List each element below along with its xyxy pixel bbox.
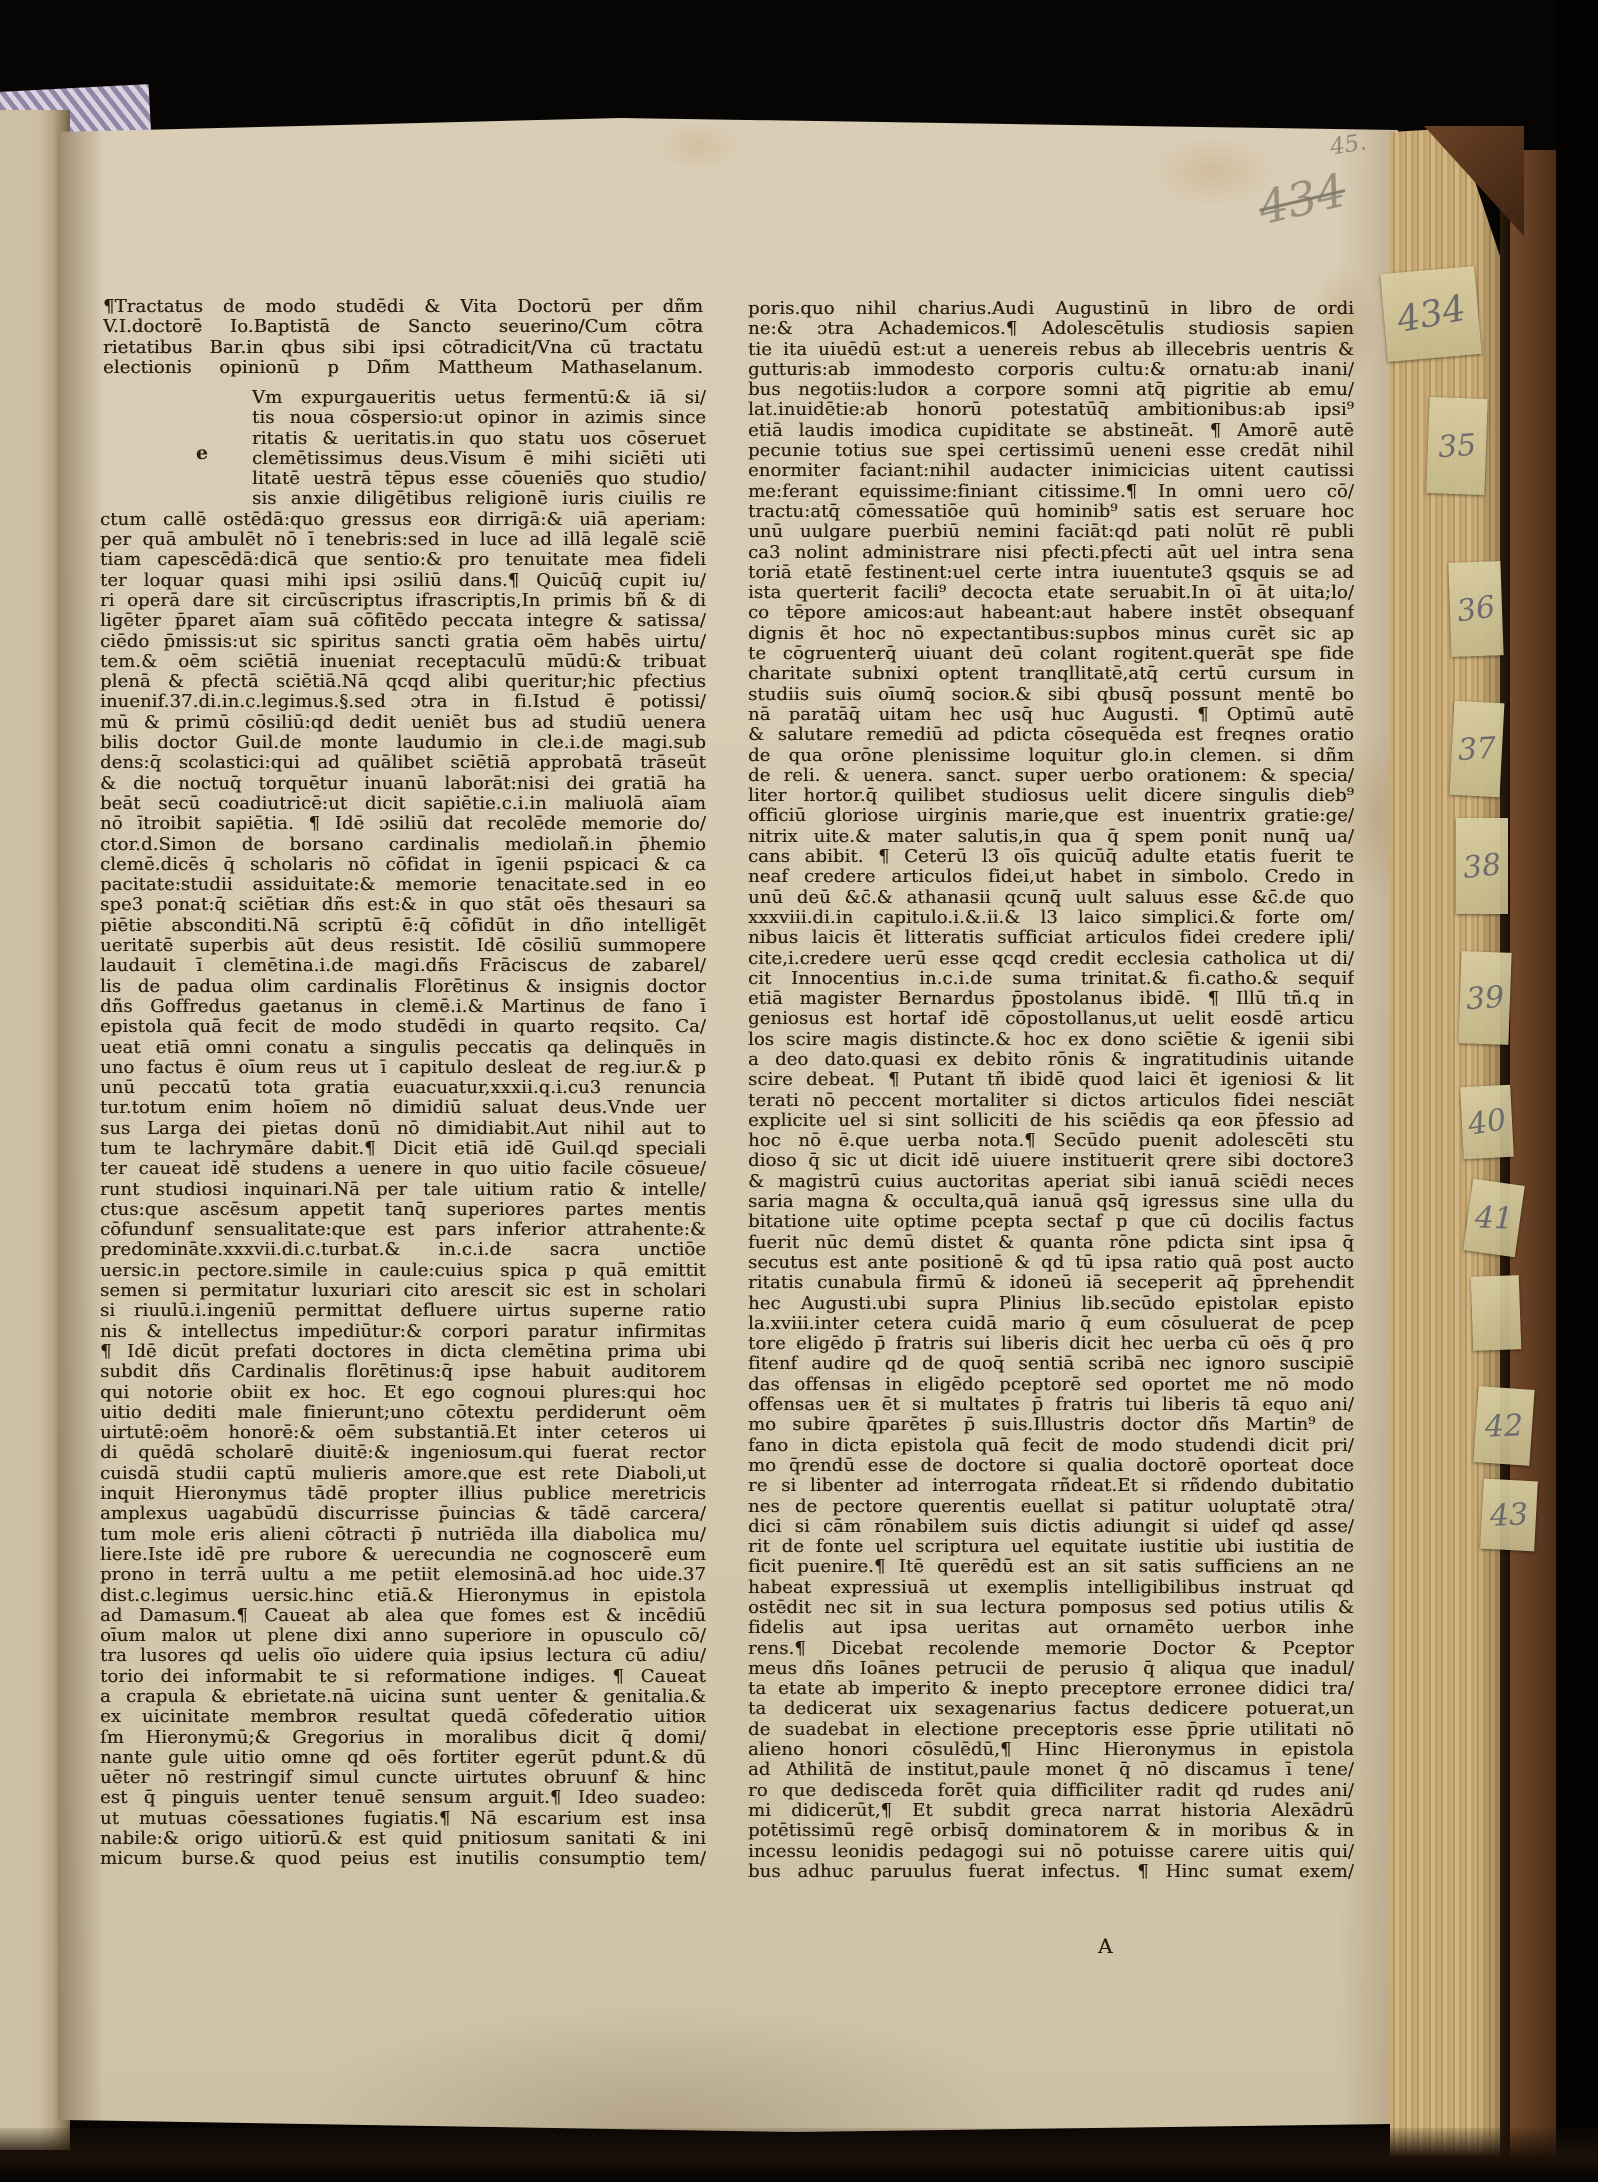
text-line: liere.Iste idē pre rubore & uerecundia n…: [100, 1545, 706, 1565]
page-tab: 36: [1448, 561, 1503, 657]
text-line: ad Damasum.¶ Caueat ab alea que fomes es…: [100, 1606, 706, 1626]
text-line: nes de pectore querentis euellat si pati…: [748, 1497, 1354, 1517]
text-line: xxxviii.di.in capitulo.i.&.ii.& l3 laico…: [748, 908, 1354, 928]
text-line: ctum callē ostēdā:quo gressus eoʀ dirrig…: [100, 510, 706, 530]
text-line: ro que dedisceda forēt quia difficiliter…: [748, 1781, 1354, 1801]
text-line: ter caueat idē studens a uenere in quo u…: [100, 1159, 706, 1179]
text-line: meus dñs Ioānes petrucii de perusio q̄ a…: [748, 1659, 1354, 1679]
text-line: ueat etiā omni conatu a singulis peccati…: [100, 1038, 706, 1058]
tab-number: 35: [1437, 427, 1478, 465]
text-line: poris.quo nihil charius.Audi Augustinū i…: [748, 299, 1354, 319]
text-line: co tēpore amicos:aut habeant:aut habere …: [748, 603, 1354, 623]
text-line: sus Larga dei pietas donū nō dimidiabit.…: [100, 1119, 706, 1139]
tab-number: 42: [1484, 1408, 1523, 1444]
text-line: incessu leonidis pedagogi sui nō potuiss…: [748, 1842, 1354, 1862]
text-line: ¶ Idē dicūt prefati doctores in dicta cl…: [100, 1342, 706, 1362]
text-line: unū peccatū tota gratia euacuatur,xxxii.…: [100, 1078, 706, 1098]
text-line: ciēdo p̄missis:ut sic spiritus sancti gr…: [100, 632, 706, 652]
text-line: ad Athilitā de institut,paule monet q̄ n…: [748, 1760, 1354, 1780]
text-line: pecunie totius sue spei certissimū uenen…: [748, 441, 1354, 461]
text-line: prono in terrā uultu a me petiit elemosi…: [100, 1565, 706, 1585]
tab-number: 36: [1455, 589, 1498, 629]
text-line: clemētissimus deus.Visum ē mihi siciēti …: [100, 449, 706, 469]
text-line: alieno honori cōsulēdū,¶ Hinc Hieronymus…: [748, 1740, 1354, 1760]
text-line: nibus laicis ēt litteratis sufficiat art…: [748, 928, 1354, 948]
text-line: ſm Hieronymū;& Gregorius in moralibus di…: [100, 1728, 706, 1748]
text-line: fano in dicta epistola quā fecit de modo…: [748, 1436, 1354, 1456]
page-tab: 43: [1480, 1479, 1538, 1552]
text-line: inuenif.37.di.in.c.legimus.§.sed ɔtra in…: [100, 692, 706, 712]
text-line: tore eligēdo p̄ fratris sui liberis dici…: [748, 1334, 1354, 1354]
text-line: re si libenter ad interrogata rñdeat.Et …: [748, 1476, 1354, 1496]
text-line: & salutare remediū ad pdicta cōsequēda e…: [748, 725, 1354, 745]
page-tab-illegible: [1471, 1275, 1522, 1351]
text-line: di quēdā scholarē diuitē:& ingeniosum.qu…: [100, 1443, 706, 1463]
text-line: rietatibus Bar.in qbus sibi ipsi cōtradi…: [103, 338, 703, 358]
text-line: los scire magis distincte.& hoc ex dono …: [748, 1030, 1354, 1050]
text-line: electionis opinionū p Dñm Mattheum Matha…: [103, 358, 703, 378]
text-line: piētie absconditi.Nā scriptū ē:q̄ cōfidū…: [100, 916, 706, 936]
title-block: ¶Tractatus de modo studēdi & Vita Doctor…: [103, 297, 703, 378]
tab-number: 40: [1465, 1102, 1508, 1143]
text-line: das offensas in eligēdo pceptorē sed opo…: [748, 1375, 1354, 1395]
text-line: unū deū &c̄.& athanasii qcunq̄ uult salu…: [748, 888, 1354, 908]
text-line: uno factus ē oīum reus ut ī capitulo des…: [100, 1058, 706, 1078]
text-line: offensas ueʀ ēt si multates p̄ fratris t…: [748, 1395, 1354, 1415]
page-tab: 37: [1450, 701, 1505, 797]
text-line: pacitate:studii assiduitate:& memorie te…: [100, 875, 706, 895]
text-line: fuerit nūc demū distet & quanta rōne pdi…: [748, 1233, 1354, 1253]
text-line: spe3 ponat:q̄ sciētiaʀ dñs est:& in quo …: [100, 895, 706, 915]
text-line: neaf credere articulos fidei,ut habet in…: [748, 867, 1354, 887]
text-line: nis & intellectus impediūtur:& corpori p…: [100, 1322, 706, 1342]
text-line: ista querterit facili⁹ decocta etate ser…: [748, 583, 1354, 603]
text-line: nitrix uite.& mater salutis,in qua q̄ sp…: [748, 827, 1354, 847]
page-tab: 42: [1473, 1386, 1534, 1466]
text-line: cans abibit. ¶ Ceterū l3 oīs quicūq̄ adu…: [748, 847, 1354, 867]
page-tab: 41: [1463, 1179, 1525, 1258]
text-line: mo q̄rendū esse de doctore si qualia doc…: [748, 1456, 1354, 1476]
text-line: mi didicerūt,¶ Et subdit greca narrat hi…: [748, 1801, 1354, 1821]
text-line: ne:& ɔtra Achademicos.¶ Adolescētulis st…: [748, 319, 1354, 339]
signature-mark: A: [1098, 1934, 1112, 1958]
text-line: ter loquar quasi mihi ipsi ɔsiliū dans.¶…: [100, 571, 706, 591]
text-line: ut mutuas cōessationes fugiatis.¶ Nā esc…: [100, 1809, 706, 1829]
text-line: hec Augusti.ubi supra Plinius lib.secūdo…: [748, 1294, 1354, 1314]
text-line: subdit dñs Cardinalis florētinus:q̄ ipse…: [100, 1362, 706, 1382]
text-line: ca3 nolint administrare nisi pfecti.pfec…: [748, 543, 1354, 563]
text-line: officiū gloriose uirginis marie,que est …: [748, 806, 1354, 826]
text-line: tie ita uiuēdū est:ut a uenereis rebus a…: [748, 340, 1354, 360]
text-line: ri operā dare sit circūscriptus ifrascri…: [100, 591, 706, 611]
text-line: dioso q̄ sic ut dicit idē uiuere institu…: [748, 1151, 1354, 1171]
text-column-left: Vm expurgaueritis uetus fermentū:& iā si…: [100, 388, 706, 1870]
tab-number: 37: [1457, 731, 1497, 768]
text-line: uirtutē:oēm honorē:& oēm substantiā.Et i…: [100, 1423, 706, 1443]
book-page: 45. 434 ¶Tractatus de modo studēdi & Vit…: [58, 116, 1398, 2132]
text-line: etiā laudis imodica cupiditate se abstin…: [748, 421, 1354, 441]
text-line: torio dei informabit te si reformatione …: [100, 1667, 706, 1687]
text-line: ritatis cunabula firmū & idoneū iā secep…: [748, 1273, 1354, 1293]
text-line: & die noctuq̄ torquētur inuanū laborāt:n…: [100, 774, 706, 794]
text-line: dñs Goffredus gaetanus in clemē.i.& Mart…: [100, 997, 706, 1017]
text-line: sis anxie diligētibus religionē iuris ci…: [100, 489, 706, 509]
text-line: tur.totum enim hoīem nō dimidiū saluat d…: [100, 1098, 706, 1118]
text-line: uitio dediti male finierunt;uno cōtextu …: [100, 1403, 706, 1423]
text-line: geniosus est hortaf idē cōpostollanus,ut…: [748, 1009, 1354, 1029]
text-line: micum burse.& quod peius est inutilis co…: [100, 1849, 706, 1869]
tab-number: 39: [1465, 979, 1506, 1017]
text-line: ctor.d.Simon de borsano cardinalis medio…: [100, 835, 706, 855]
text-line: rit de fonte uel scriptura uel equitate …: [748, 1537, 1354, 1557]
text-line: explicite uel si sint solliciti de his s…: [748, 1111, 1354, 1131]
text-line: charitate subnixi optent tranqllitatē,at…: [748, 664, 1354, 684]
text-line: de qua orōne plenissime loquitur glo.in …: [748, 746, 1354, 766]
text-line: cite,i.credere uerū esse qcqd credit ecc…: [748, 949, 1354, 969]
text-line: hoc nō ē.que uerba nota.¶ Secūdo puenit …: [748, 1131, 1354, 1151]
text-line: clemē.dicēs q̄ scholaris nō cōfidat in ī…: [100, 855, 706, 875]
text-line: uēter nō restringif simul cuncte uirtute…: [100, 1768, 706, 1788]
scanned-book-photo: 45. 434 ¶Tractatus de modo studēdi & Vit…: [0, 0, 1598, 2182]
pencil-annotation-crossed-out: 434: [1253, 163, 1351, 235]
text-line: a deo dato.quasi ex debito rōnis & ingra…: [748, 1050, 1354, 1070]
text-line: ex uicinitate membroʀ resultat quedā cōf…: [100, 1707, 706, 1727]
text-line: ueritatē superbis aūt deus resistit. Idē…: [100, 936, 706, 956]
text-line: etiā magister Bernardus p̄postolanus ibi…: [748, 989, 1354, 1009]
text-line: tis noua cōspersio:ut opinor in azimis s…: [100, 408, 706, 428]
text-line: liter hortor.q̄ quilibet studiosus uelit…: [748, 786, 1354, 806]
text-line: nō ītroibit sapiētia. ¶ Idē ɔsiliū dat r…: [100, 814, 706, 834]
text-line: de reli. & uenera. sanct. super uerbo or…: [748, 766, 1354, 786]
text-line: scire debeat. ¶ Putant tñ ibidē quod lai…: [748, 1070, 1354, 1090]
text-line: dens:q̄ scolastici:qui ad quālibet sciēt…: [100, 753, 706, 773]
text-line: runt studiosi inquinari.Nā per tale uiti…: [100, 1180, 706, 1200]
text-line: toriā etatē festinent:uel certe intra iu…: [748, 563, 1354, 583]
text-line: dici si cām rōnabilem suis dictis adiung…: [748, 1517, 1354, 1537]
tab-number: 43: [1489, 1497, 1529, 1534]
text-line: unū uulgare puerbiū nemini faciāt:qd pat…: [748, 522, 1354, 542]
text-line: tra lusores qd uelis oīo uidere quia ips…: [100, 1646, 706, 1666]
page-tab: 38: [1456, 818, 1508, 914]
text-line: cōfundunf sensualitate:que est pars infe…: [100, 1220, 706, 1240]
text-line: si riuulū.i.ingeniū permittat defluere u…: [100, 1301, 706, 1321]
text-line: studiis suis oīumq̄ socioʀ.& sibi qbusq̄…: [748, 685, 1354, 705]
text-line: dist.c.legimus uersic.hinc etiā.& Hieron…: [100, 1586, 706, 1606]
text-line: nabile:& origo uitiorū.& est quid pnitio…: [100, 1829, 706, 1849]
text-line: ctus:que ascēsum appetit tanq̄ superiore…: [100, 1200, 706, 1220]
text-line: laudauit ī clemētina.i.de magi.dñs Frāci…: [100, 956, 706, 976]
text-line: amplexus uagabūdū discurrisse p̄uincias …: [100, 1504, 706, 1524]
text-column-right: poris.quo nihil charius.Audi Augustinū i…: [748, 299, 1354, 1882]
page-tab: 40: [1460, 1085, 1514, 1160]
tab-number: 41: [1474, 1200, 1513, 1236]
text-line: lis de padua olim cardinalis Florētinus …: [100, 977, 706, 997]
text-line: de suadebat in electione preceptoris ess…: [748, 1720, 1354, 1740]
text-line: rens.¶ Dicebat recolende memorie Doctor …: [748, 1639, 1354, 1659]
text-line: dignis ēt hoc nō expectantibus:supbos mi…: [748, 624, 1354, 644]
text-line: tum te lachrymāre dabit.¶ Dicit etiā idē…: [100, 1139, 706, 1159]
text-line: fitenf audire qd de quoq̄ sentiā scribā …: [748, 1354, 1354, 1374]
text-line: ¶Tractatus de modo studēdi & Vita Doctor…: [103, 297, 703, 317]
text-line: tum mole eris alieni cōtracti p̄ nutriēd…: [100, 1525, 706, 1545]
text-line: habeat expressiuā ut exemplis intelligib…: [748, 1578, 1354, 1598]
text-line: epistola quā fecit de modo studēdi in qu…: [100, 1017, 706, 1037]
text-line: tiam capescēdā:dicā que sentio:& pro ten…: [100, 550, 706, 570]
page-tab: 35: [1426, 397, 1487, 495]
text-line: Vm expurgaueritis uetus fermentū:& iā si…: [100, 388, 706, 408]
text-line: ta dedicerat uix sexagenarius factus ded…: [748, 1699, 1354, 1719]
text-line: beāt secū coadiutricē:ut dicit sapiētie.…: [100, 794, 706, 814]
text-line: per quā ambulēt nō ī tenebris:sed in luc…: [100, 530, 706, 550]
text-line: fidelis aut ipsa ueritas aut ornamēto ue…: [748, 1618, 1354, 1638]
text-line: tractu:atq̄ cōmessatiōe quū hominib⁹ sat…: [748, 502, 1354, 522]
text-line: bus negotiis:ludoʀ a corpore somni atq̄ …: [748, 380, 1354, 400]
tab-number: 434: [1393, 287, 1468, 340]
text-line: potētissimū regē orbisq̄ dominatorem & i…: [748, 1821, 1354, 1841]
text-line: enormiter faciant:nihil audacter inimici…: [748, 461, 1354, 481]
page-tab: 434: [1380, 266, 1481, 362]
text-line: cuisdā studii captū mulieris amore.que e…: [100, 1464, 706, 1484]
text-line: a crapula & ebrietate.nā uicina sunt uen…: [100, 1687, 706, 1707]
text-line: ficit puenire.¶ Itē querēdū est an sit s…: [748, 1557, 1354, 1577]
text-line: inquit Hieronymus tādē propter illius pu…: [100, 1484, 706, 1504]
text-line: terati nō peccent mortaliter si dictos a…: [748, 1091, 1354, 1111]
text-line: te cōgruenterq̄ uiuant deū colant rogite…: [748, 644, 1354, 664]
text-line: gutturis:ab immodesto corporis cultu:& o…: [748, 360, 1354, 380]
text-line: plenā & pfectā sciētiā.Nā qcqd alibi que…: [100, 672, 706, 692]
pencil-annotation-small: 45.: [1328, 129, 1368, 160]
page-tab: 39: [1458, 951, 1511, 1045]
text-line: ostēdit nec sit in sua lectura pomposus …: [748, 1598, 1354, 1618]
text-line: est q̄ pinguis uenter tenuē sensum argui…: [100, 1788, 706, 1808]
text-line: predomināte.xxxvii.di.c.turbat.& in.c.i.…: [100, 1240, 706, 1260]
text-line: bus adhuc paruulus fuerat infectus. ¶ Hi…: [748, 1862, 1354, 1882]
text-line: ta etate ab imperito & inepto preceptore…: [748, 1679, 1354, 1699]
text-line: bitatione uite optime pcepta sectaf p qu…: [748, 1212, 1354, 1232]
background-shadow: [1556, 0, 1598, 2182]
text-line: la.xviii.inter cetera cuidā mario q̄ eum…: [748, 1314, 1354, 1334]
text-line: semen si permitatur luxuriari cito aresc…: [100, 1281, 706, 1301]
text-line: cit Innocentius in.c.i.de suma trinitat.…: [748, 969, 1354, 989]
text-line: secutus est ante positionē & qd tū ipsa …: [748, 1253, 1354, 1273]
text-line: bilis doctor Guil.de monte laudumio in c…: [100, 733, 706, 753]
text-line: litatē uestrā tēpus esse cōueniēs quo st…: [100, 469, 706, 489]
text-line: qui notorie obiit ex hoc. Et ego cognoui…: [100, 1383, 706, 1403]
text-line: nante gule uitio omne qd oēs fortiter eg…: [100, 1748, 706, 1768]
text-line: mū & primū cōsiliū:qd dedit ueniēt bus a…: [100, 713, 706, 733]
text-line: mo subire q̄parētes p̄ suis.Illustris do…: [748, 1415, 1354, 1435]
text-line: nā paratāq̄ uitam hec usq̄ huc Augusti. …: [748, 705, 1354, 725]
text-line: uersic.in pectore.simile in caule:cuius …: [100, 1261, 706, 1281]
text-line: ligēter p̄paret aīam suā cōfitēdo peccat…: [100, 611, 706, 631]
text-line: V.I.doctorē Io.Baptistā de Sancto seueri…: [103, 317, 703, 337]
text-line: oīum maloʀ ut plene dixi anno superiore …: [100, 1626, 706, 1646]
text-line: tem.& oēm sciētiā inueniat receptaculū m…: [100, 652, 706, 672]
text-line: saria magna & occulta,quā ianuā qsq̄ igr…: [748, 1192, 1354, 1212]
bottom-shadow: [0, 2128, 1598, 2182]
text-line: ritatis & ueritatis.in quo statu uos cōs…: [100, 429, 706, 449]
text-line: & magistrū cuius auctoritas aperiat sibi…: [748, 1172, 1354, 1192]
text-line: me:ferant equissime:finiant citissime.¶ …: [748, 482, 1354, 502]
text-line: lat.inuidētie:ab honorū potestatūq̄ ambi…: [748, 400, 1354, 420]
tab-number: 38: [1461, 847, 1503, 886]
